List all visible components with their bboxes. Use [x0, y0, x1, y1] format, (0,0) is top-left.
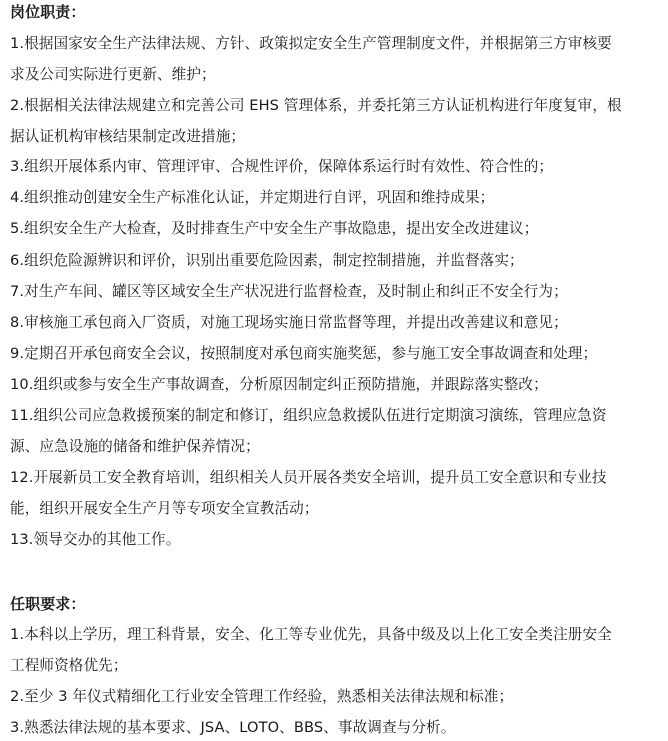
requirement-line: 3.熟悉法律法规的基本要求、JSA、LOTO、BBS、事故调查与分析。	[10, 718, 664, 738]
requirements-heading: 任职要求：	[10, 594, 664, 614]
requirement-line: 1.本科以上学历，理工科背景，安全、化工等专业优先，具备中级及以上化工安全类注册…	[10, 625, 664, 645]
duty-line: 8.审核施工承包商入厂资质，对施工现场实施日常监督等理，并提出改善建议和意见；	[10, 313, 664, 333]
duty-line: 12.开展新员工安全教育培训，组织相关人员开展各类安全培训，提升员工安全意识和专…	[10, 468, 664, 488]
duty-line: 10.组织或参与安全生产事故调查，分析原因制定纠正预防措施，并跟踪落实整改；	[10, 375, 664, 395]
duty-line: 7.对生产车间、罐区等区域安全生产状况进行监督检查，及时制止和纠正不安全行为；	[10, 282, 664, 302]
duty-line: 源、应急设施的储备和维护保养情况；	[10, 437, 664, 457]
duty-line: 6.组织危险源辨识和评价，识别出重要危险因素，制定控制措施，并监督落实；	[10, 251, 664, 271]
duty-line: 3.组织开展体系内审、管理评审、合规性评价，保障体系运行时有效性、符合性的；	[10, 157, 664, 177]
requirement-line: 工程师资格优先；	[10, 656, 664, 676]
duty-line: 5.组织安全生产大检查，及时排查生产中安全生产事故隐患，提出安全改进建议；	[10, 219, 664, 239]
duty-line: 2.根据相关法律法规建立和完善公司 EHS 管理体系，并委托第三方认证机构进行年…	[10, 96, 664, 116]
requirement-line: 2.至少 3 年仪式精细化工行业安全管理工作经验，熟悉相关法律法规和标准；	[10, 687, 664, 707]
duty-line: 能，组织开展安全生产月等专项安全宣教活动；	[10, 499, 664, 519]
duty-line: 求及公司实际进行更新、维护；	[10, 65, 664, 85]
duty-line: 11.组织公司应急救援预案的制定和修订，组织应急救援队伍进行定期演习演练，管理应…	[10, 406, 664, 426]
duties-heading: 岗位职责：	[10, 2, 664, 22]
duty-line: 4.组织推动创建安全生产标准化认证，并定期进行自评，巩固和维持成果；	[10, 188, 664, 208]
duty-line: 据认证机构审核结果制定改进措施；	[10, 127, 664, 147]
job-description-document: 岗位职责： 1.根据国家安全生产法律法规、方针、政策拟定安全生产管理制度文件，并…	[0, 0, 668, 741]
duty-line: 1.根据国家安全生产法律法规、方针、政策拟定安全生产管理制度文件，并根据第三方审…	[10, 34, 664, 54]
duty-line: 9.定期召开承包商安全会议，按照制度对承包商实施奖惩，参与施工安全事故调查和处理…	[10, 344, 664, 364]
duty-line: 13.领导交办的其他工作。	[10, 530, 664, 550]
